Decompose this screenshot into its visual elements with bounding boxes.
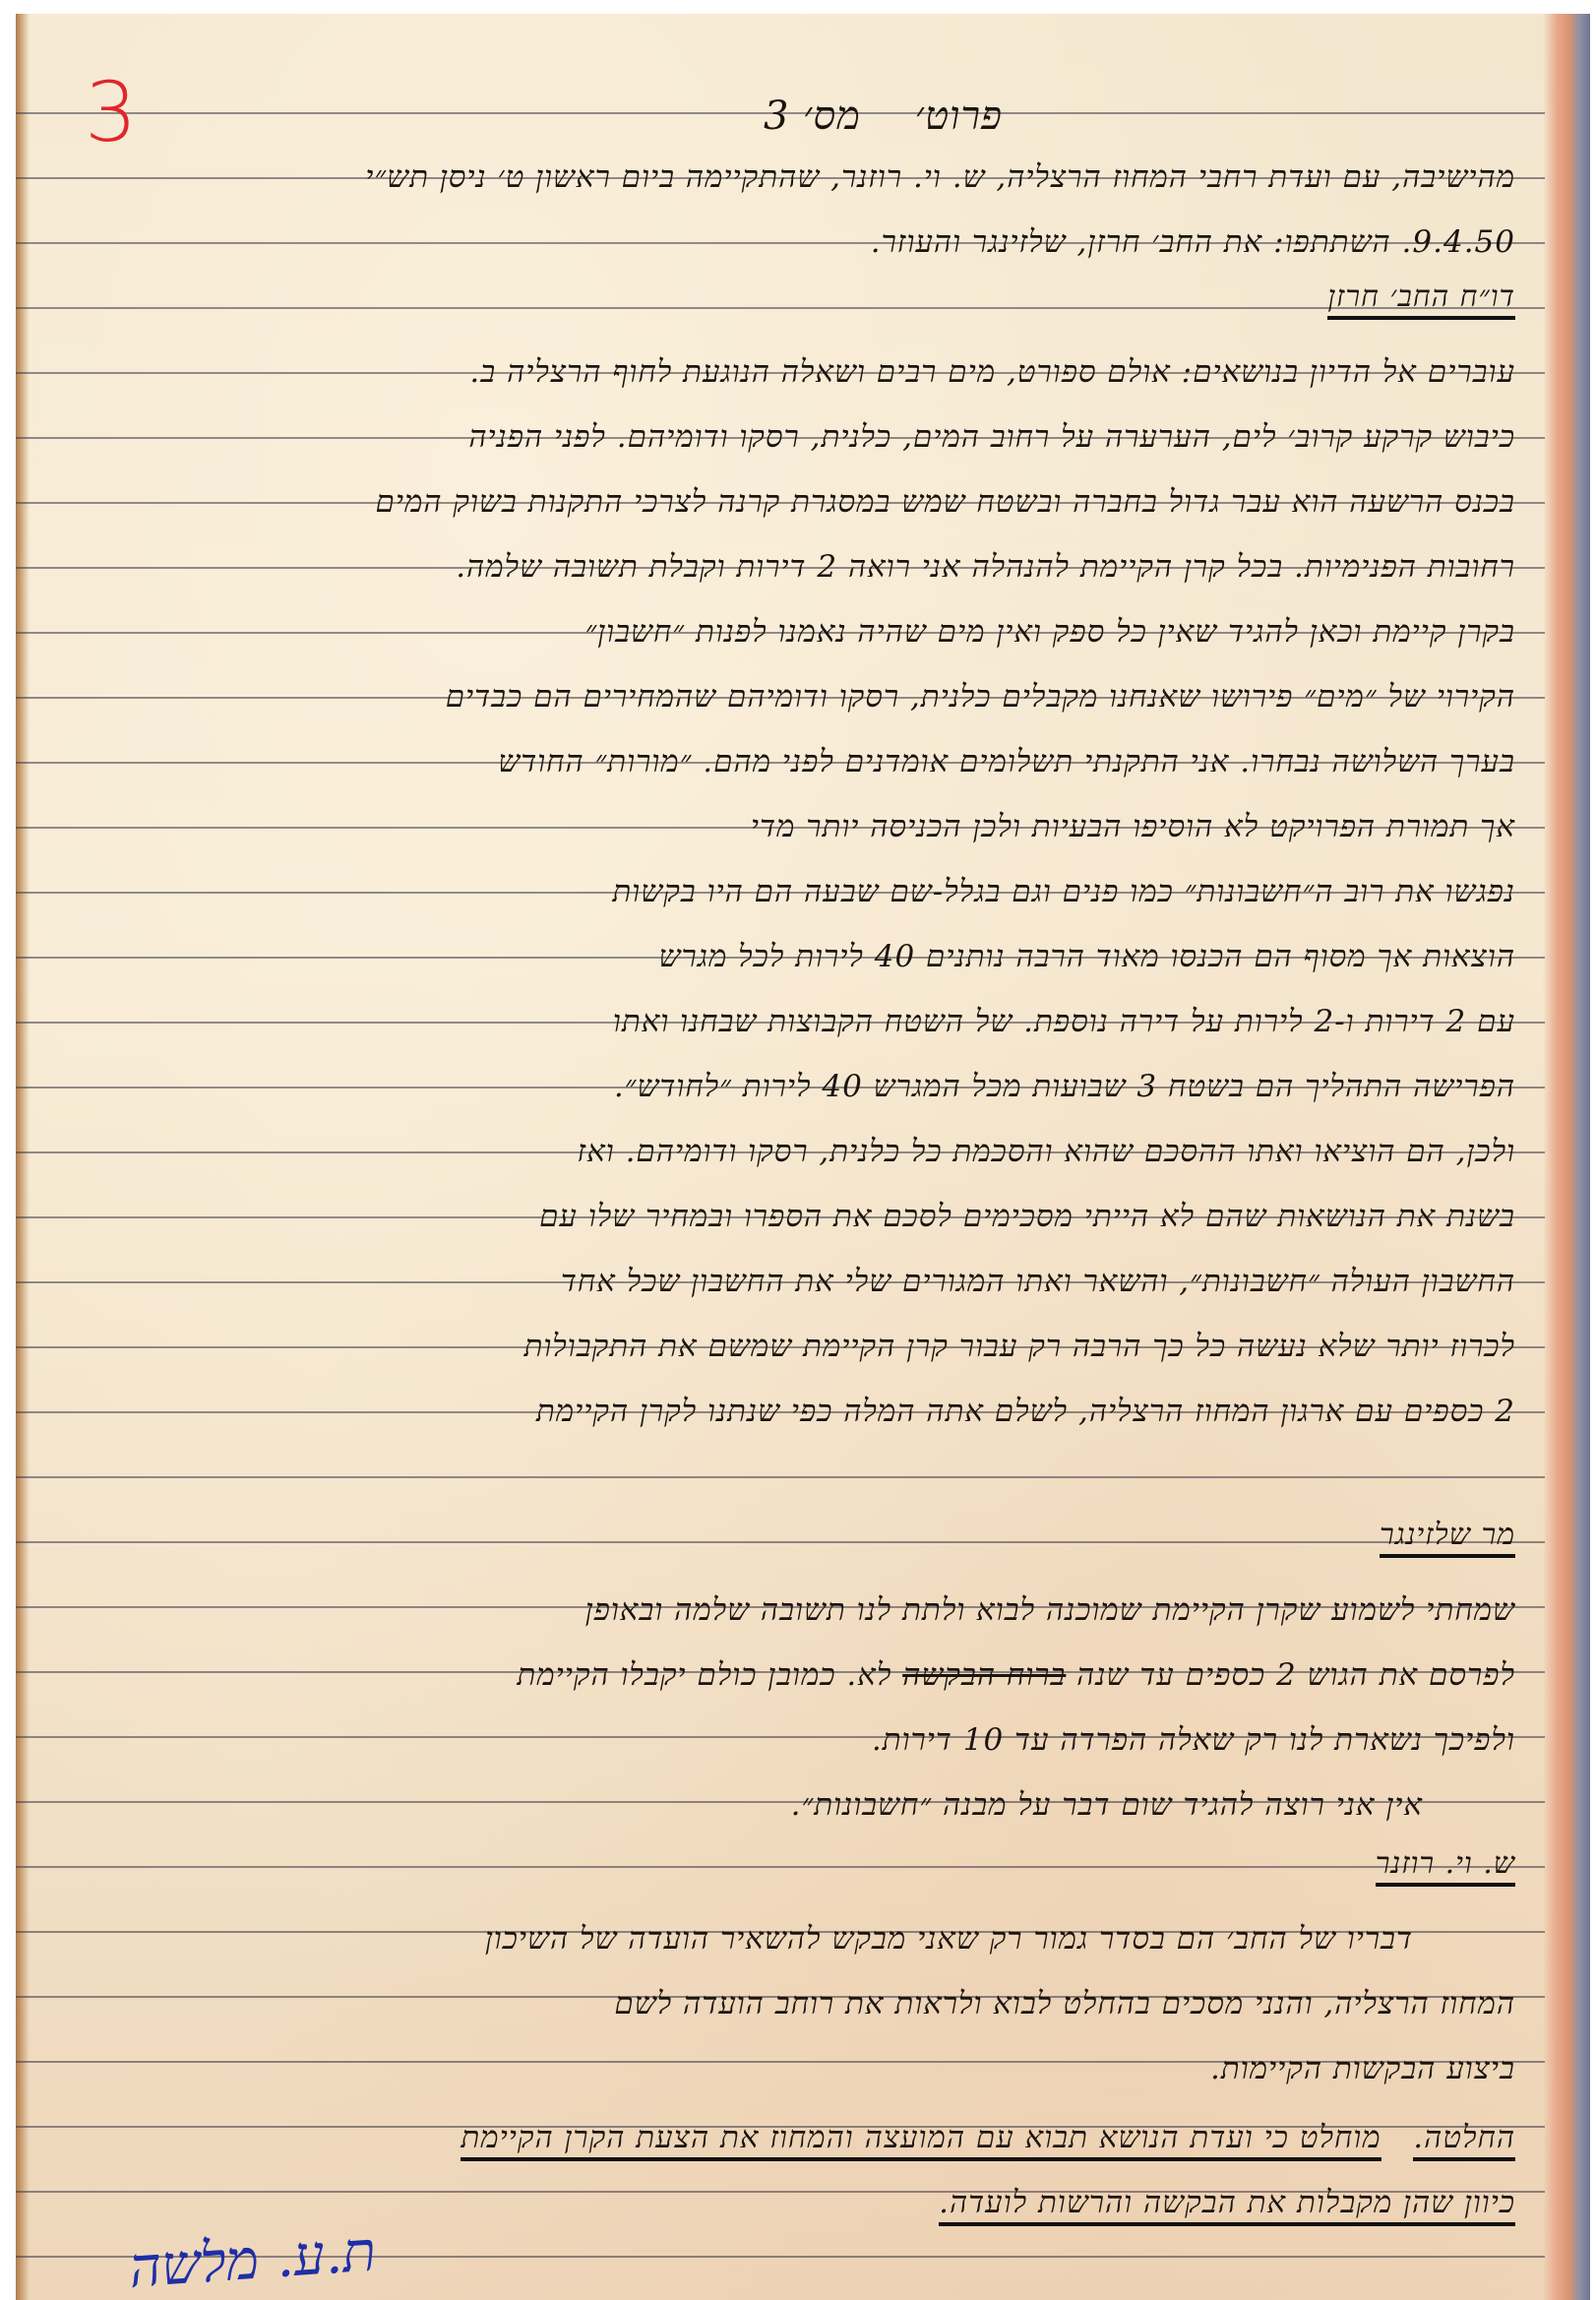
page-number: 3 [85,71,137,154]
body-line: לכרוז יותר שלא נעשה כל כך הרבה רק עבור ק… [523,1329,1515,1364]
body-line: בכנס הרשעה הוא עבר גדול בחברה ובשטח שמש … [376,484,1515,520]
protocol-number: מס׳ 3 [764,93,861,139]
body-line: אך תמורת הפרויקט לא הוסיפו הבעיות ולכן ה… [751,809,1515,844]
body-text: לא. כמובן כולם יקבלו הקיימת [517,1657,891,1693]
signature: ת.ע. מלשה [127,2219,378,2300]
body-line: אין אני רוצה להגיד שום דבר על מבנה ״חשבו… [791,1787,1423,1823]
body-line: רחובות הפנימיות. בכל קרן הקיימת להנהלה א… [456,549,1515,585]
section-heading-rozner: ש. וי. רוזנר [1376,1846,1515,1887]
ruled-line [16,1866,1545,1868]
body-line: דבריו של החב׳ הם בסדר גמור רק שאני מבקש … [485,1921,1413,1957]
opening-line: 9.4.50. השתתפו: את החב׳ חרזן, שלזינגר וה… [871,224,1515,260]
section-heading-schlesinger: מר שלזינגר [1380,1518,1515,1558]
body-line: המחוז הרצליה, והנני מסכים בהחלט לבוא ולר… [614,1986,1515,2021]
struck-out-text: ברוח הבקשה [902,1657,1066,1693]
decision-text: כיוון שהן מקבלות את הבקשה והרשות לועדה. [939,2185,1515,2226]
section-heading-charzan: דו״ח החב׳ חרזן [1327,280,1515,320]
ruled-line [16,1541,1545,1543]
decision-line: כיוון שהן מקבלות את הבקשה והרשות לועדה. [939,2185,1515,2220]
body-line: שמחתי לשמוע שקרן הקיימת שמוכנה לבוא ולתת… [585,1592,1515,1628]
opening-line: מהישיבה, עם ועדת רחבי המחוז הרצליה, ש. ו… [365,159,1515,195]
body-line: נפגשו את רוב ה״חשבונות״ כמו פנים וגם בגל… [612,874,1515,909]
notebook-page: 3 פרוט׳ מס׳ 3 מהישיבה, עם ועדת רחבי המחו… [16,14,1590,2300]
body-line: ביצוע הבקשות הקיימות. [1210,2051,1515,2086]
body-line: עוברים אל הדיון בנושאים: אולם ספורט, מים… [469,354,1515,390]
ruled-line [16,1476,1545,1478]
body-line: החשבון העולה ״חשבונות״, והשאר ואתו המגור… [561,1264,1515,1299]
body-line: הקירוי של ״מים״ פירושו שאנחנו מקבלים כלנ… [446,679,1515,715]
body-text: לפרסם את הגוש 2 כספים עד שנה [1076,1657,1515,1693]
body-line-with-strikethrough: לפרסם את הגוש 2 כספים עד שנה ברוח הבקשה … [517,1657,1515,1693]
body-line: הפרישה התהליך הם בשטח 3 שבועות מכל המגרש… [614,1069,1515,1104]
body-line: בקרן קיימת וכאן להגיד שאין כל ספק ואין מ… [584,614,1515,650]
body-line: ולכן, הם הוציאו ואתו ההסכם שהוא והסכמת כ… [578,1134,1515,1169]
body-line: ולפיכך נשארת לנו רק שאלה הפרדה עד 10 דיר… [872,1722,1515,1758]
body-line: עם 2 דירות ו-2 לירות על דירה נוספת. של ה… [613,1004,1515,1039]
body-line: בשנת את הנושאות שהם לא הייתי מסכימים לסכ… [539,1199,1515,1234]
protocol-header: פרוט׳ מס׳ 3 [764,93,1003,139]
page-binding-edge [1543,14,1590,2300]
decision-line: החלטה. מוחלט כי ועדת הנושא תבוא עם המועצ… [460,2120,1515,2155]
decision-label: החלטה. [1413,2120,1515,2161]
body-line: כיבוש קרקע קרוב׳ לים, הערערה על רחוב המי… [468,419,1515,455]
body-line: הוצאות אך מסוף הם הכנסו מאוד הרבה נותנים… [659,939,1515,974]
body-line: בערך השלושה נבחרו. אני התקנתי תשלומים או… [498,744,1515,779]
ruled-line [16,307,1545,309]
decision-text: מוחלט כי ועדת הנושא תבוא עם המועצה והמחו… [460,2120,1381,2161]
protocol-title: פרוט׳ [915,93,1003,139]
body-line: 2 כספים עם ארגון המחוז הרצליה, לשלם אתה … [536,1394,1515,1429]
